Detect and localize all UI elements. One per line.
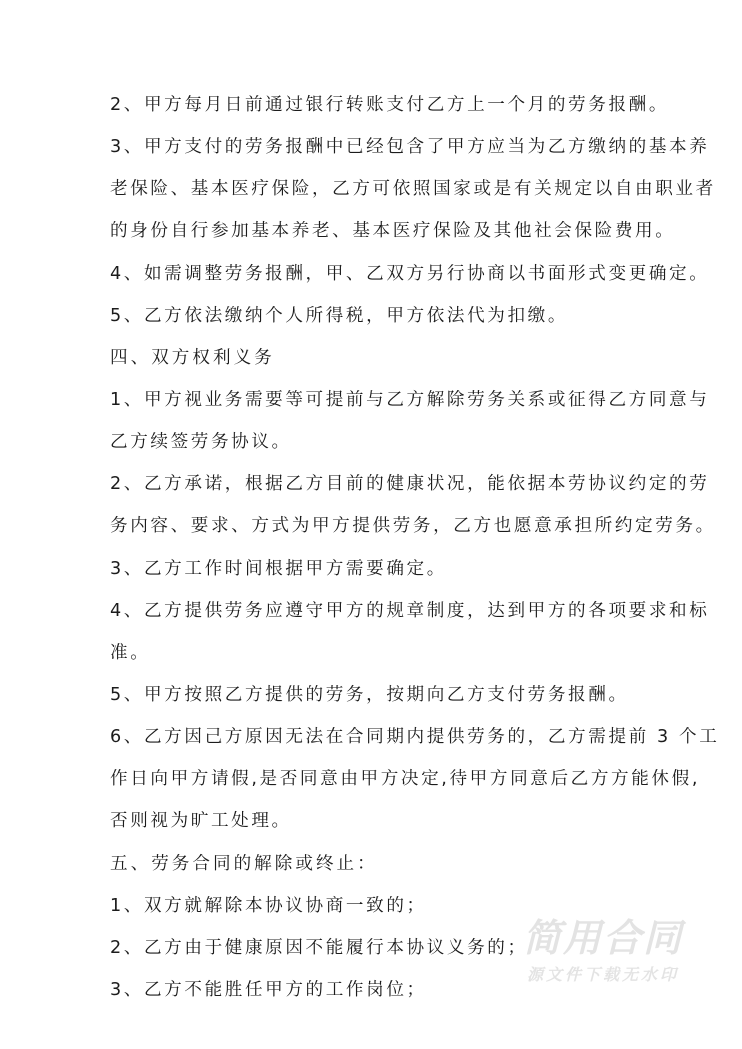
watermark: 简用合同 源文件下载无水印 [513,918,693,988]
watermark-title: 简用合同 [513,918,693,958]
clause-leave-request-cont-2: 否则视为旷工处理。 [110,807,640,849]
watermark-subtitle: 源文件下载无水印 [513,962,693,988]
clause-pay-on-schedule: 5、甲方按照乙方提供的劳务，按期向乙方支付劳务报酬。 [110,681,640,723]
clause-comply-rules-cont: 准。 [110,639,640,681]
clause-insurance-included-cont-1: 老保险、基本医疗保险，乙方可依照国家或是有关规定以自由职业者 [110,175,640,217]
clause-terminate-or-renew-cont: 乙方续签劳务协议。 [110,428,640,470]
clause-health-commitment-cont: 务内容、要求、方式为甲方提供劳务，乙方也愿意承担所约定劳务。 [110,512,640,554]
clause-leave-request-cont-1: 作日向甲方请假,是否同意由甲方决定,待甲方同意后乙方方能休假, [110,765,640,807]
clause-payment-schedule: 2、甲方每月日前通过银行转账支付乙方上一个月的劳务报酬。 [110,91,640,133]
section-heading-termination: 五、劳务合同的解除或终止： [110,850,640,892]
document-body: 2、甲方每月日前通过银行转账支付乙方上一个月的劳务报酬。 3、甲方支付的劳务报酬… [110,91,640,1018]
document-page: 2、甲方每月日前通过银行转账支付乙方上一个月的劳务报酬。 3、甲方支付的劳务报酬… [0,0,742,1049]
clause-comply-rules: 4、乙方提供劳务应遵守甲方的规章制度，达到甲方的各项要求和标 [110,597,640,639]
clause-working-hours: 3、乙方工作时间根据甲方需要确定。 [110,555,640,597]
clause-leave-request: 6、乙方因己方原因无法在合同期内提供劳务的，乙方需提前 3 个工 [110,723,640,765]
clause-insurance-included-cont-2: 的身份自行参加基本养老、基本医疗保险及其他社会保险费用。 [110,217,640,259]
clause-terminate-or-renew: 1、甲方视业务需要等可提前与乙方解除劳务关系或征得乙方同意与 [110,386,640,428]
clause-insurance-included: 3、甲方支付的劳务报酬中已经包含了甲方应当为乙方缴纳的基本养 [110,133,640,175]
clause-income-tax: 5、乙方依法缴纳个人所得税，甲方依法代为扣缴。 [110,302,640,344]
clause-adjust-remuneration: 4、如需调整劳务报酬，甲、乙双方另行协商以书面形式变更确定。 [110,260,640,302]
clause-health-commitment: 2、乙方承诺，根据乙方目前的健康状况，能依据本劳协议约定的劳 [110,470,640,512]
section-heading-rights-obligations: 四、双方权利义务 [110,344,640,386]
